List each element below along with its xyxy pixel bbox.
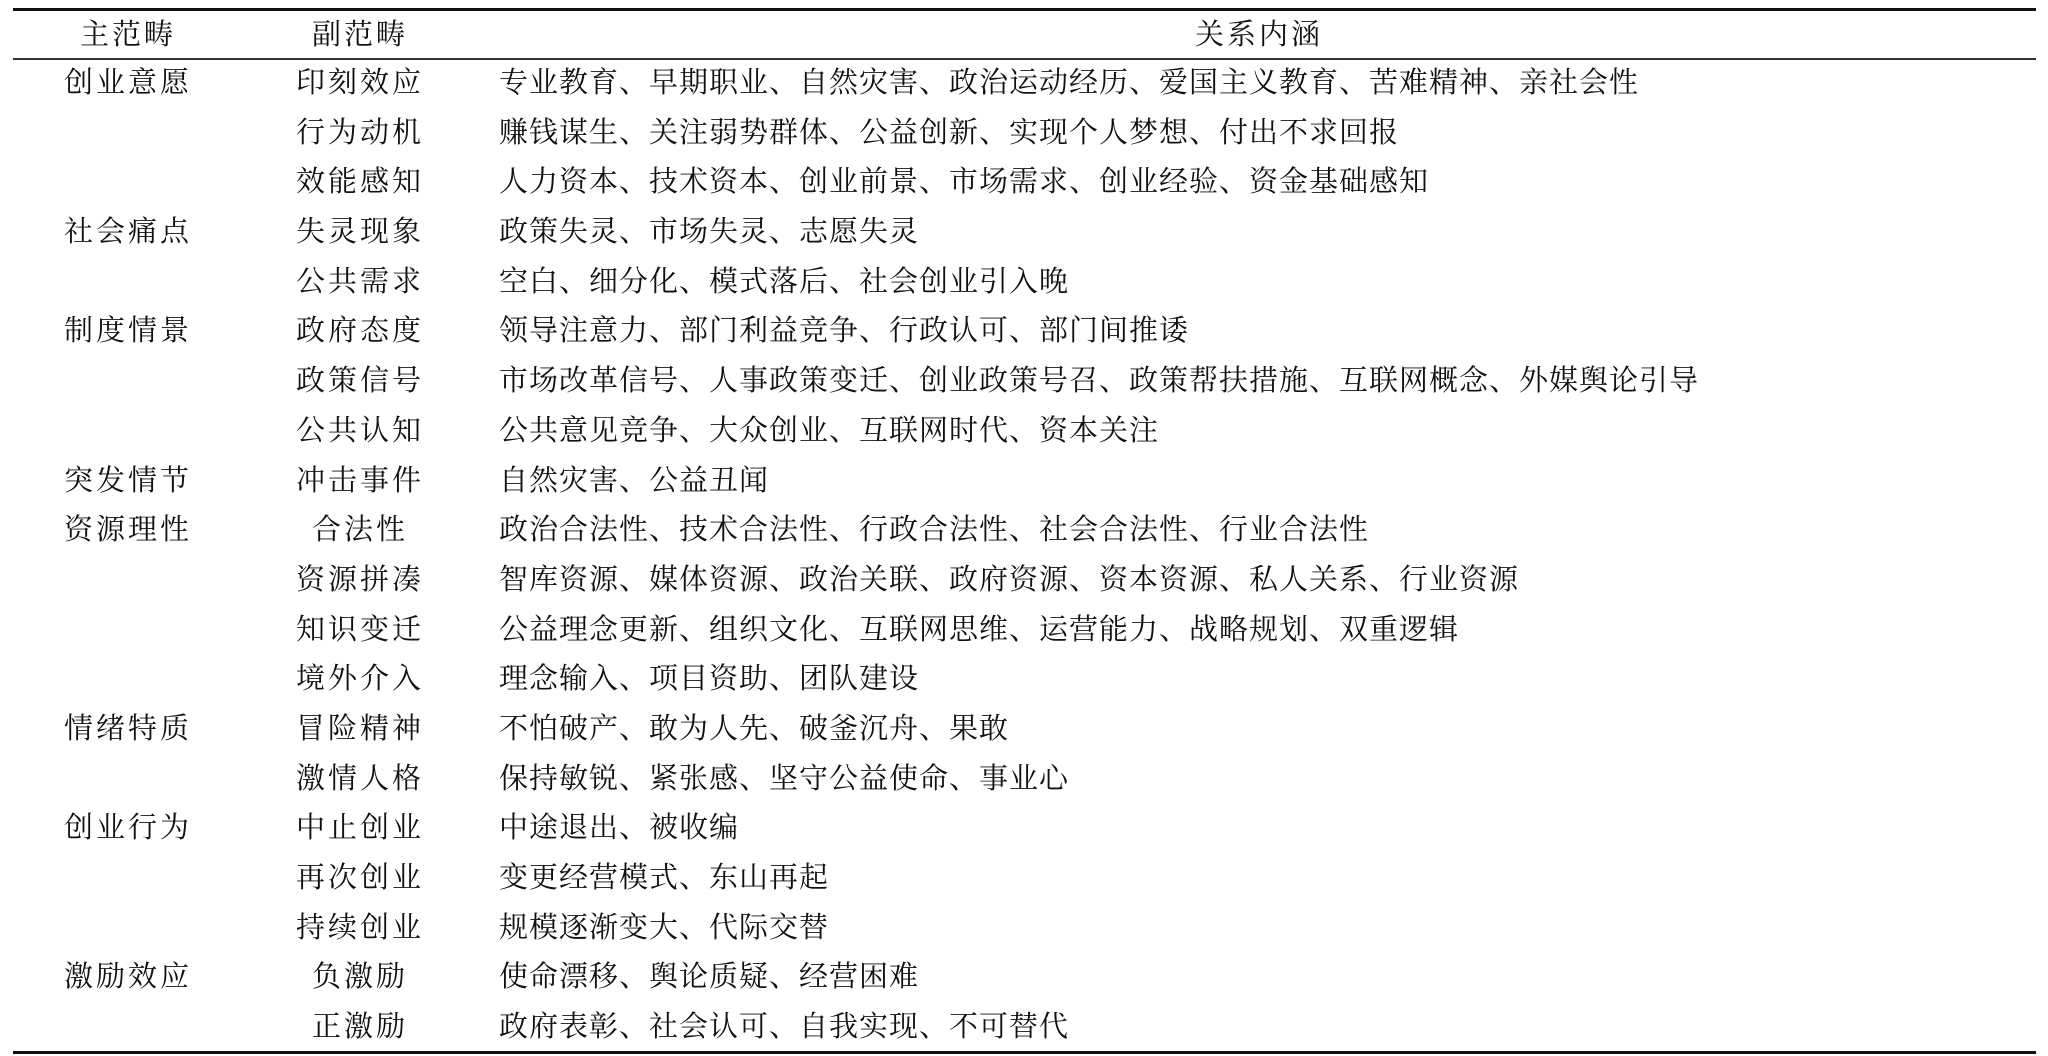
sub-category-cell: 激情人格 bbox=[260, 754, 460, 804]
table-row: 效能感知 人力资本、技术资本、创业前景、市场需求、创业经验、资金基础感知 bbox=[0, 157, 2048, 207]
table-row: 创业意愿 印刻效应 专业教育、早期职业、自然灾害、政治运动经历、爱国主义教育、苦… bbox=[0, 58, 2048, 108]
relation-content-cell: 自然灾害、公益丑闻 bbox=[499, 456, 1999, 506]
relation-content-cell: 政治合法性、技术合法性、行政合法性、社会合法性、行业合法性 bbox=[499, 505, 1999, 555]
relation-content-cell: 专业教育、早期职业、自然灾害、政治运动经历、爱国主义教育、苦难精神、亲社会性 bbox=[499, 58, 1999, 108]
main-category-cell bbox=[28, 406, 228, 456]
table-row: 情绪特质 冒险精神 不怕破产、敢为人先、破釜沉舟、果敢 bbox=[0, 704, 2048, 754]
table-row: 创业行为 中止创业 中途退出、被收编 bbox=[0, 803, 2048, 853]
main-category-cell bbox=[28, 754, 228, 804]
sub-category-cell: 境外介入 bbox=[260, 654, 460, 704]
table-body: 创业意愿 印刻效应 专业教育、早期职业、自然灾害、政治运动经历、爱国主义教育、苦… bbox=[0, 58, 2048, 1052]
sub-category-cell: 持续创业 bbox=[260, 903, 460, 953]
table-header-row: 主范畴 副范畴 关系内涵 bbox=[0, 10, 2048, 58]
table-row: 激情人格 保持敏锐、紧张感、坚守公益使命、事业心 bbox=[0, 754, 2048, 804]
sub-category-cell: 中止创业 bbox=[260, 803, 460, 853]
sub-category-cell: 失灵现象 bbox=[260, 207, 460, 257]
sub-category-cell: 知识变迁 bbox=[260, 605, 460, 655]
main-category-cell bbox=[28, 157, 228, 207]
table-row: 境外介入 理念输入、项目资助、团队建设 bbox=[0, 654, 2048, 704]
relation-content-cell: 不怕破产、敢为人先、破釜沉舟、果敢 bbox=[499, 704, 1999, 754]
header-sub-category: 副范畴 bbox=[260, 10, 460, 58]
relation-content-cell: 规模逐渐变大、代际交替 bbox=[499, 903, 1999, 953]
main-category-cell: 情绪特质 bbox=[28, 704, 228, 754]
relation-content-cell: 理念输入、项目资助、团队建设 bbox=[499, 654, 1999, 704]
relation-content-cell: 政府表彰、社会认可、自我实现、不可替代 bbox=[499, 1002, 1999, 1052]
table-row: 激励效应 负激励 使命漂移、舆论质疑、经营困难 bbox=[0, 952, 2048, 1002]
main-category-cell bbox=[28, 853, 228, 903]
sub-category-cell: 负激励 bbox=[260, 952, 460, 1002]
table-row: 社会痛点 失灵现象 政策失灵、市场失灵、志愿失灵 bbox=[0, 207, 2048, 257]
relation-content-cell: 公共意见竞争、大众创业、互联网时代、资本关注 bbox=[499, 406, 1999, 456]
table-row: 再次创业 变更经营模式、东山再起 bbox=[0, 853, 2048, 903]
table-bottom-rule bbox=[13, 1051, 2036, 1054]
main-category-cell bbox=[28, 1002, 228, 1052]
main-category-cell: 资源理性 bbox=[28, 505, 228, 555]
table-row: 资源理性 合法性 政治合法性、技术合法性、行政合法性、社会合法性、行业合法性 bbox=[0, 505, 2048, 555]
sub-category-cell: 冒险精神 bbox=[260, 704, 460, 754]
sub-category-cell: 公共认知 bbox=[260, 406, 460, 456]
relation-content-cell: 保持敏锐、紧张感、坚守公益使命、事业心 bbox=[499, 754, 1999, 804]
relation-content-cell: 变更经营模式、东山再起 bbox=[499, 853, 1999, 903]
table-row: 知识变迁 公益理念更新、组织文化、互联网思维、运营能力、战略规划、双重逻辑 bbox=[0, 605, 2048, 655]
table-row: 公共认知 公共意见竞争、大众创业、互联网时代、资本关注 bbox=[0, 406, 2048, 456]
relation-content-cell: 智库资源、媒体资源、政治关联、政府资源、资本资源、私人关系、行业资源 bbox=[499, 555, 1999, 605]
relation-content-cell: 政策失灵、市场失灵、志愿失灵 bbox=[499, 207, 1999, 257]
relation-content-cell: 使命漂移、舆论质疑、经营困难 bbox=[499, 952, 1999, 1002]
sub-category-cell: 正激励 bbox=[260, 1002, 460, 1052]
sub-category-cell: 公共需求 bbox=[260, 257, 460, 307]
relation-content-cell: 中途退出、被收编 bbox=[499, 803, 1999, 853]
sub-category-cell: 合法性 bbox=[260, 505, 460, 555]
table-row: 资源拼凑 智库资源、媒体资源、政治关联、政府资源、资本资源、私人关系、行业资源 bbox=[0, 555, 2048, 605]
relation-content-cell: 赚钱谋生、关注弱势群体、公益创新、实现个人梦想、付出不求回报 bbox=[499, 108, 1999, 158]
main-category-cell bbox=[28, 257, 228, 307]
sub-category-cell: 资源拼凑 bbox=[260, 555, 460, 605]
sub-category-cell: 政府态度 bbox=[260, 306, 460, 356]
main-category-cell bbox=[28, 555, 228, 605]
sub-category-cell: 政策信号 bbox=[260, 356, 460, 406]
main-category-cell: 创业行为 bbox=[28, 803, 228, 853]
sub-category-cell: 冲击事件 bbox=[260, 456, 460, 506]
header-main-category: 主范畴 bbox=[28, 10, 228, 58]
sub-category-cell: 行为动机 bbox=[260, 108, 460, 158]
table-row: 突发情节 冲击事件 自然灾害、公益丑闻 bbox=[0, 456, 2048, 506]
table-row: 行为动机 赚钱谋生、关注弱势群体、公益创新、实现个人梦想、付出不求回报 bbox=[0, 108, 2048, 158]
header-relation-content: 关系内涵 bbox=[499, 10, 2019, 58]
table-row: 公共需求 空白、细分化、模式落后、社会创业引入晚 bbox=[0, 257, 2048, 307]
table-row: 正激励 政府表彰、社会认可、自我实现、不可替代 bbox=[0, 1002, 2048, 1052]
main-category-cell: 激励效应 bbox=[28, 952, 228, 1002]
relation-content-cell: 人力资本、技术资本、创业前景、市场需求、创业经验、资金基础感知 bbox=[499, 157, 1999, 207]
sub-category-cell: 效能感知 bbox=[260, 157, 460, 207]
sub-category-cell: 印刻效应 bbox=[260, 58, 460, 108]
main-category-cell: 创业意愿 bbox=[28, 58, 228, 108]
main-category-cell bbox=[28, 605, 228, 655]
main-category-cell bbox=[28, 903, 228, 953]
main-category-cell: 突发情节 bbox=[28, 456, 228, 506]
main-category-cell bbox=[28, 108, 228, 158]
table-row: 制度情景 政府态度 领导注意力、部门利益竞争、行政认可、部门间推诿 bbox=[0, 306, 2048, 356]
table-row: 政策信号 市场改革信号、人事政策变迁、创业政策号召、政策帮扶措施、互联网概念、外… bbox=[0, 356, 2048, 406]
relation-content-cell: 空白、细分化、模式落后、社会创业引入晚 bbox=[499, 257, 1999, 307]
sub-category-cell: 再次创业 bbox=[260, 853, 460, 903]
main-category-cell: 制度情景 bbox=[28, 306, 228, 356]
table-row: 持续创业 规模逐渐变大、代际交替 bbox=[0, 903, 2048, 953]
relation-content-cell: 公益理念更新、组织文化、互联网思维、运营能力、战略规划、双重逻辑 bbox=[499, 605, 1999, 655]
relation-content-cell: 市场改革信号、人事政策变迁、创业政策号召、政策帮扶措施、互联网概念、外媒舆论引导 bbox=[499, 356, 1999, 406]
main-category-cell: 社会痛点 bbox=[28, 207, 228, 257]
main-category-cell bbox=[28, 356, 228, 406]
main-category-cell bbox=[28, 654, 228, 704]
relation-content-cell: 领导注意力、部门利益竞争、行政认可、部门间推诿 bbox=[499, 306, 1999, 356]
